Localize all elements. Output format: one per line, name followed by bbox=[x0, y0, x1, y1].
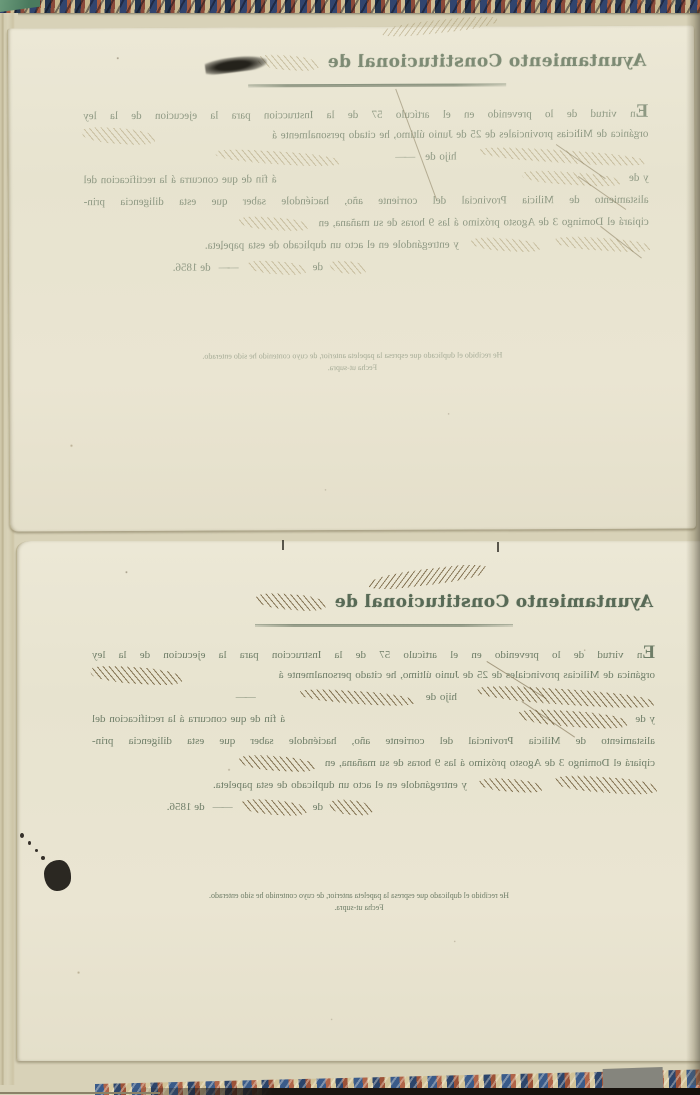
date-line: de —— de 1856. bbox=[92, 796, 371, 818]
handwritten-entry bbox=[516, 707, 630, 730]
ink-splatter bbox=[44, 860, 71, 891]
handwritten-entry bbox=[297, 687, 416, 708]
header-title: Ayuntamiento Constitucional de bbox=[17, 589, 653, 615]
slip-top: Ayuntamiento Constitucional de En virtud… bbox=[7, 26, 696, 532]
handwritten-day bbox=[328, 259, 369, 274]
slip-bottom: Ayuntamiento Constitucional de En virtud… bbox=[16, 541, 700, 1061]
edge-tick-mark bbox=[282, 540, 284, 550]
handwritten-entry bbox=[79, 126, 158, 146]
form-line: cipiará el Domingo 3 de Agosto próximo á… bbox=[84, 211, 649, 235]
form-paragraph: En virtud de lo prevenido en el artículo… bbox=[92, 642, 655, 796]
shadow-bottom bbox=[130, 1088, 700, 1095]
form-line: y deá fin de que concurra á la rectifica… bbox=[84, 167, 649, 191]
ink-splatter-dot bbox=[35, 849, 38, 852]
form-line: y entregándole en el acto un duplicado d… bbox=[84, 233, 649, 257]
handwritten-entry bbox=[237, 215, 311, 232]
form-line: En virtud de lo prevenido en el artículo… bbox=[92, 642, 655, 664]
year-text: de 1856. bbox=[173, 262, 211, 274]
form-line: y entregándole en el acto un duplicado d… bbox=[92, 774, 655, 796]
handwritten-day bbox=[327, 798, 375, 816]
handwritten-entry bbox=[87, 663, 185, 686]
ink-splatter-dot bbox=[28, 841, 31, 845]
form-paragraph: En virtud de lo prevenido en el artículo… bbox=[83, 101, 649, 257]
handwritten-entry bbox=[237, 753, 318, 773]
header-rule bbox=[248, 83, 506, 87]
form-line: hijo de—— bbox=[92, 686, 655, 708]
marbled-board-edge-top bbox=[0, 0, 700, 13]
handwritten-entry bbox=[520, 168, 624, 187]
handwritten-entry bbox=[552, 774, 660, 797]
form-line: orgánica de Milicias provinciales de 25 … bbox=[83, 123, 648, 147]
form-line: En virtud de lo prevenido en el artículo… bbox=[83, 101, 648, 125]
header-rule bbox=[255, 624, 513, 627]
handwritten-entry bbox=[475, 683, 657, 711]
date-line: de —— de 1856. bbox=[84, 256, 365, 279]
form-line: alistamiento de Milicia Provincial del c… bbox=[84, 189, 649, 213]
handwritten-entry bbox=[254, 592, 329, 613]
form-line: y deá fin de que concurra á la rectifica… bbox=[92, 708, 655, 730]
form-line: orgánica de Milicias provinciales de 25 … bbox=[92, 664, 655, 686]
ink-splatter-dot bbox=[20, 833, 24, 838]
handwritten-entry bbox=[477, 776, 544, 793]
handwritten-entry bbox=[213, 147, 342, 168]
ink-splatter-dot bbox=[41, 856, 45, 860]
edge-tick-mark bbox=[497, 542, 499, 552]
mirrored-print-layer: Ayuntamiento Constitucional de En virtud… bbox=[17, 541, 700, 1061]
handwritten-entry bbox=[469, 236, 543, 253]
gutter-shadow-right bbox=[686, 10, 700, 1085]
header-title-text: Ayuntamiento Constitucional de bbox=[334, 589, 653, 615]
receipt-note: He recibido el duplicado que espresa la … bbox=[109, 890, 609, 914]
header-title-text: Ayuntamiento Constitucional de bbox=[327, 48, 646, 75]
handwritten-month bbox=[245, 259, 308, 276]
receipt-note: He recibido el duplicado que espresa la … bbox=[102, 349, 602, 375]
header-title: Ayuntamiento Constitucional de bbox=[8, 48, 646, 77]
form-line: cipiará el Domingo 3 de Agosto próximo á… bbox=[92, 752, 655, 774]
year-text: de 1856. bbox=[167, 801, 205, 813]
page-edge-bottom-line bbox=[0, 1092, 160, 1094]
mirrored-print-layer: Ayuntamiento Constitucional de En virtud… bbox=[8, 26, 696, 532]
handwritten-entry bbox=[553, 234, 653, 253]
handwritten-month bbox=[239, 797, 309, 816]
